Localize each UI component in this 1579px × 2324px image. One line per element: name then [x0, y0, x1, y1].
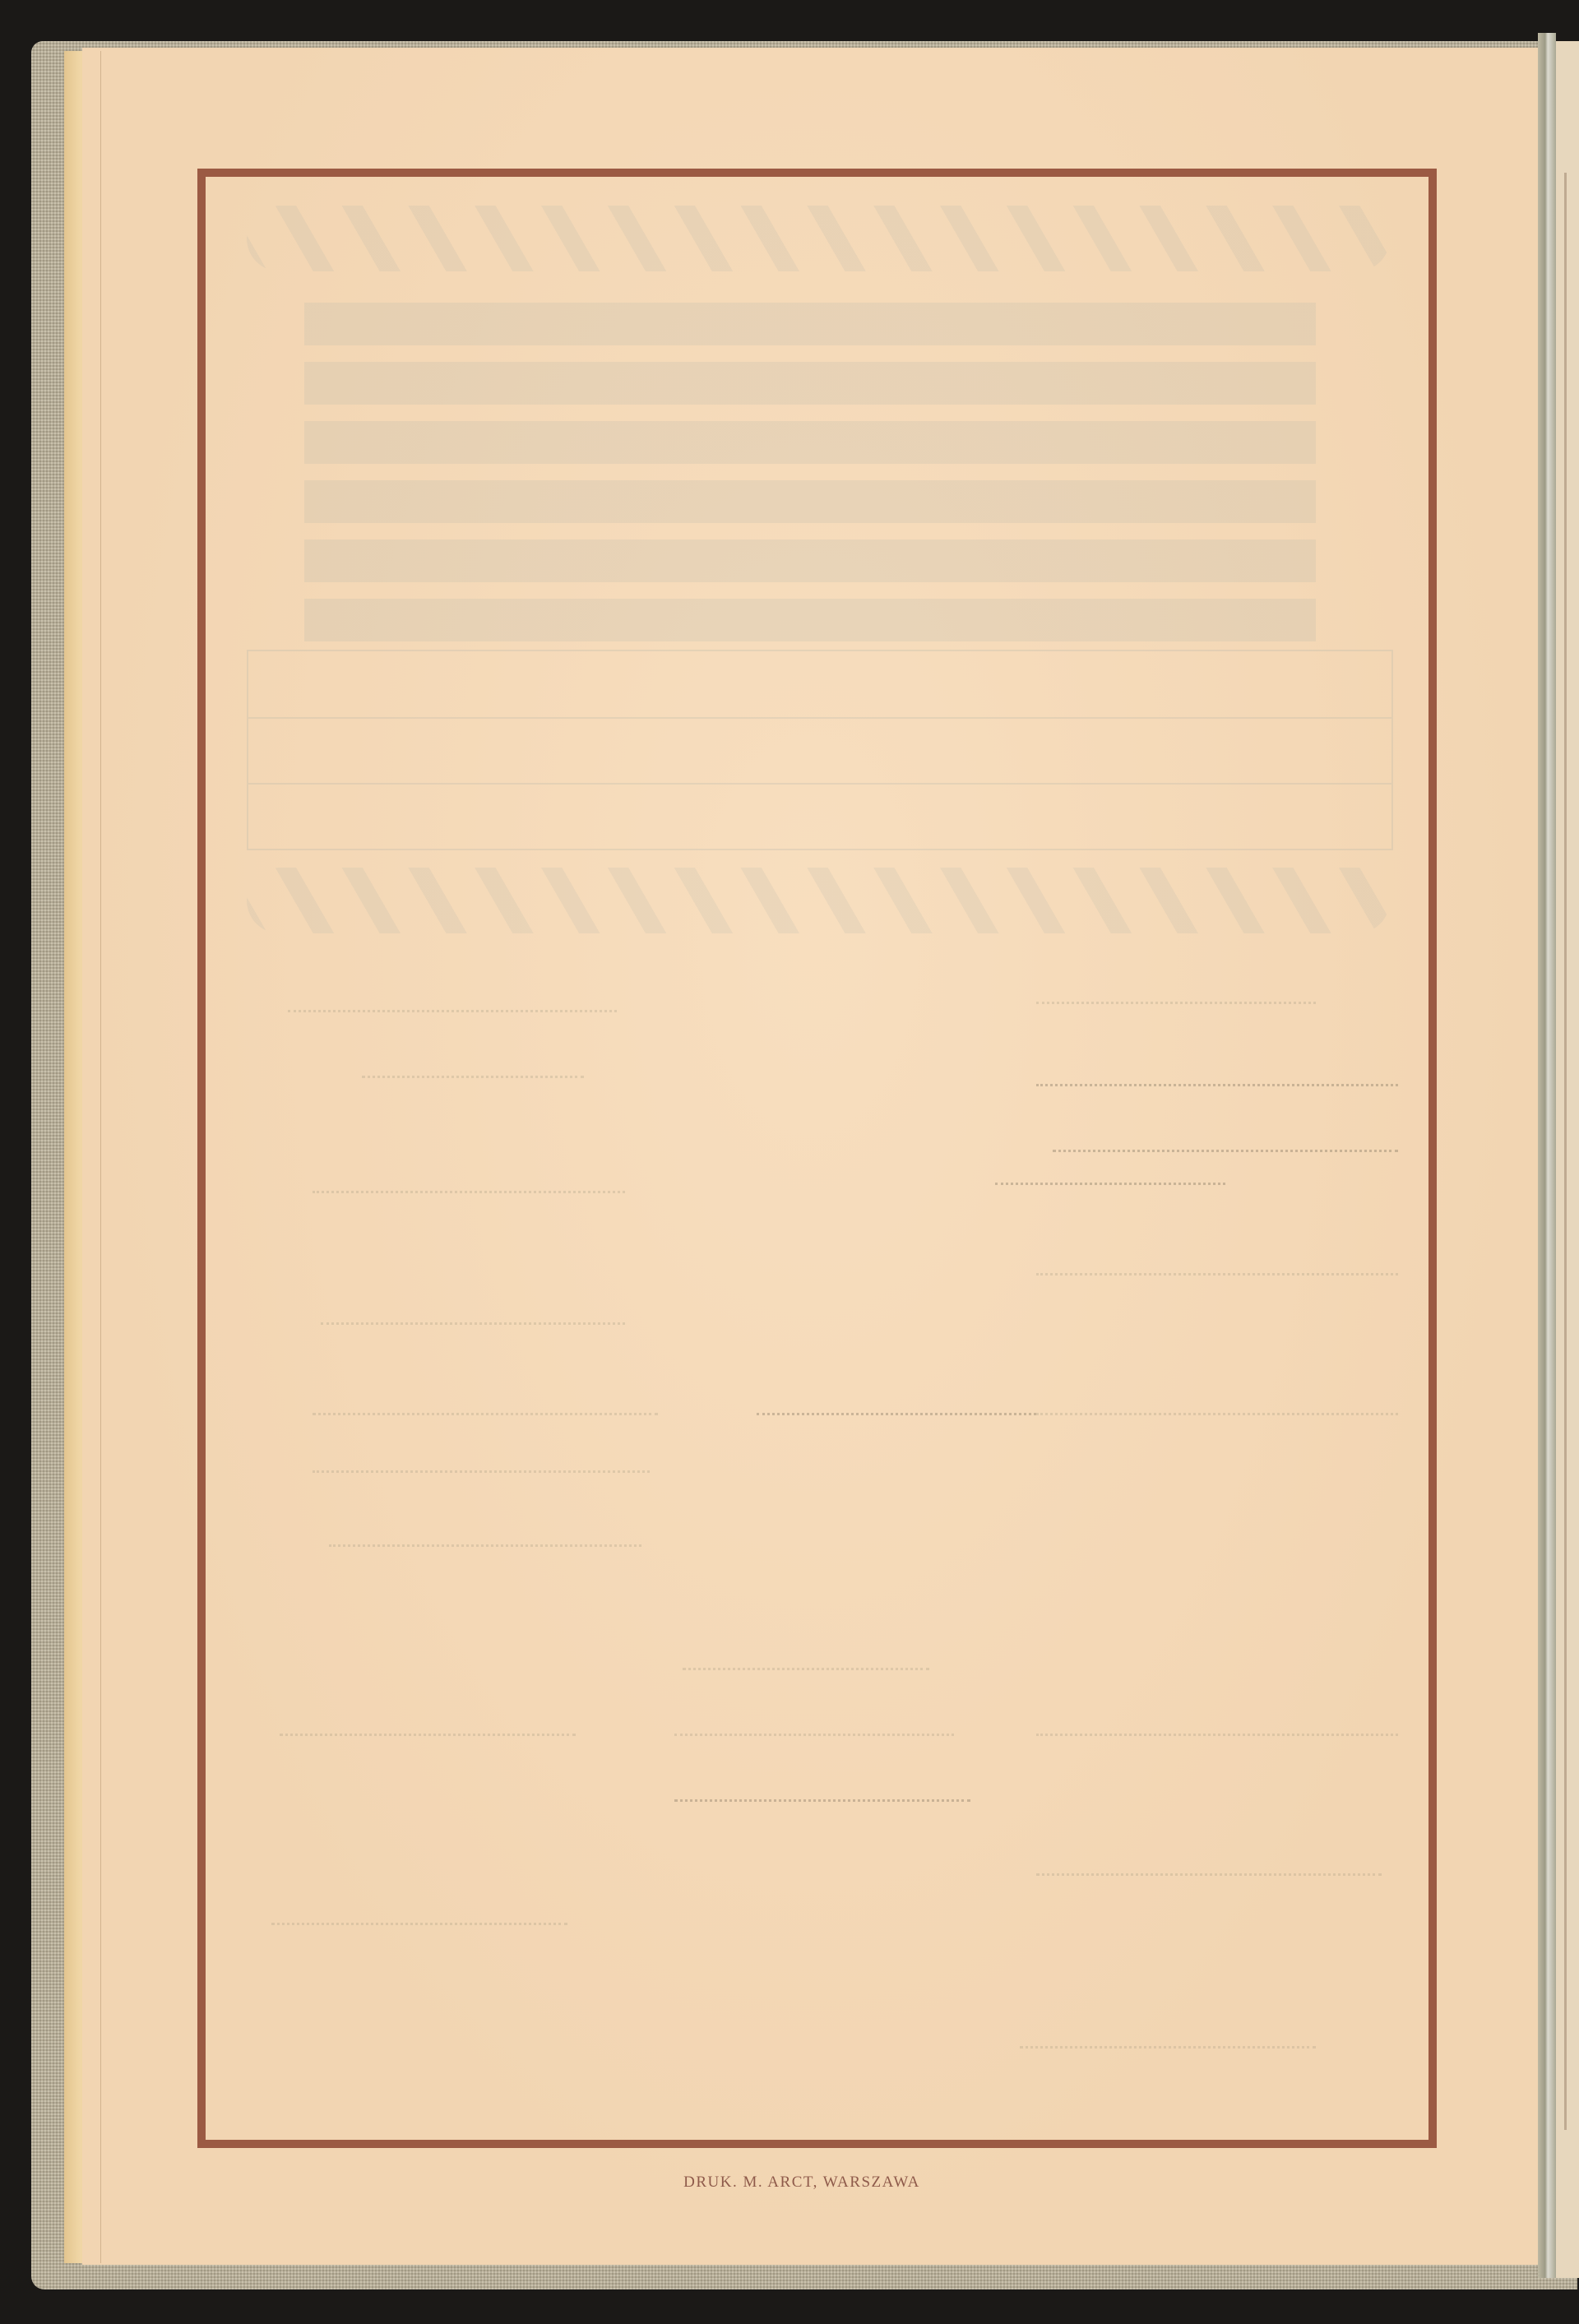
facing-page-rule — [1564, 173, 1567, 2130]
page-gutter-line — [100, 51, 101, 2263]
page-border-frame — [197, 169, 1437, 2148]
glassine-interleaf-edge — [1538, 33, 1556, 2278]
facing-page-edge — [1556, 41, 1579, 2278]
printer-imprint: DRUK. M. ARCT, WARSZAWA — [0, 2174, 1579, 2192]
